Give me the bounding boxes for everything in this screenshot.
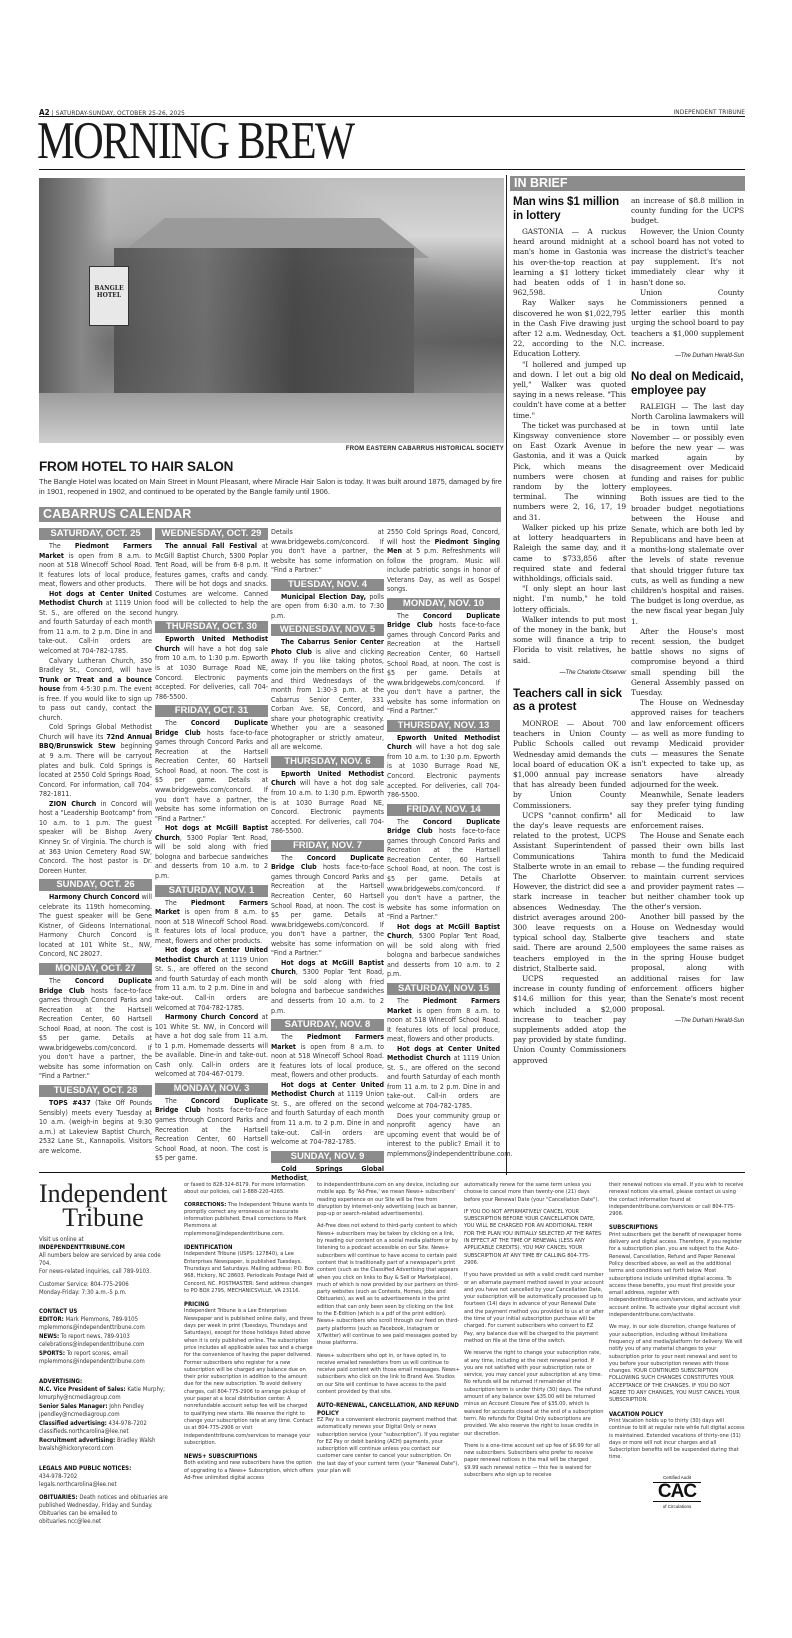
event-details: hosts face-to-face games through Concord… bbox=[155, 1106, 268, 1162]
calendar-event: Epworth United Methodist Church will hav… bbox=[271, 770, 384, 837]
calendar-day-header: MONDAY, NOV. 3 bbox=[155, 1083, 268, 1095]
story-paragraph: "I only slept an hour last night. I'm nu… bbox=[513, 584, 626, 615]
info-paragraph: Print subscribers get the benefit of new… bbox=[609, 1232, 745, 1320]
event-details: beginning at 9 a.m. There will be carryo… bbox=[39, 742, 152, 798]
info-heading: IDENTIFICATION bbox=[184, 1244, 314, 1251]
photo-caption: The Bangle Hotel was located on Main Str… bbox=[39, 477, 504, 497]
photo-headline: FROM HOTEL TO HAIR SALON bbox=[39, 459, 233, 474]
story-paragraph: "I hollered and jumped up and down. I le… bbox=[513, 360, 626, 421]
calendar-event: Epworth United Methodist Church will hav… bbox=[387, 734, 500, 801]
story-source: —The Charlotte Observer bbox=[513, 668, 626, 678]
event-lead: The bbox=[397, 818, 423, 826]
calendar-day-header: FRIDAY, OCT. 31 bbox=[155, 705, 268, 717]
info-label: Recruitment advertising: bbox=[39, 1437, 115, 1444]
story-paragraph: After the House's most recent session, t… bbox=[631, 627, 744, 698]
info-label: CORRECTIONS: bbox=[184, 1202, 226, 1208]
story-headline: Man wins $1 million in lottery bbox=[513, 196, 626, 223]
info-label: OBITUARIES: bbox=[39, 1494, 78, 1501]
footer-rule bbox=[39, 1172, 745, 1173]
event-details: at 1119 Union St. S., are offered on the… bbox=[271, 1090, 384, 1146]
info-label: EDITOR: bbox=[39, 1316, 64, 1323]
event-lead: The bbox=[281, 854, 307, 862]
info-entry: CORRECTIONS: The Independent Tribune wan… bbox=[184, 1202, 314, 1238]
event-name: ZION Church bbox=[49, 800, 96, 808]
calendar-event: Harmony Church Concord will celebrate it… bbox=[39, 893, 152, 960]
calendar-event: Hot dogs at McGill Baptist Church, 5300 … bbox=[271, 959, 384, 1016]
story-paragraph: The House and Senate each passed their o… bbox=[631, 831, 744, 913]
masthead-rule bbox=[39, 169, 745, 170]
event-name: TOPS #437 bbox=[49, 1099, 91, 1107]
story-paragraph: GASTONIA — A ruckus heard around midnigh… bbox=[513, 227, 626, 298]
calendar-day-header: SUNDAY, OCT. 26 bbox=[39, 879, 152, 891]
spacer bbox=[39, 1367, 169, 1372]
story-paragraph: The ticket was purchased at Kingsway con… bbox=[513, 421, 626, 523]
calendar-event: 2550 Cold Springs Road, Concord, will ho… bbox=[387, 528, 500, 595]
info-heading: VACATION POLICY bbox=[609, 1411, 745, 1418]
calendar-day-header: THURSDAY, OCT. 30 bbox=[155, 621, 268, 633]
event-details: at 1119 Union St. S., are offered on the… bbox=[387, 1054, 500, 1110]
info-entry: EDITOR: Mark Plemmons, 789-9105 mplemmon… bbox=[39, 1316, 169, 1332]
story-paragraph: RALEIGH — The last day North Carolina la… bbox=[631, 402, 744, 494]
story-paragraph: Both issues are tied to the broader budg… bbox=[631, 494, 744, 627]
info-heading: LEGALS AND PUBLIC NOTICES: bbox=[39, 1465, 169, 1473]
event-lead: The bbox=[165, 719, 191, 727]
spacer bbox=[39, 1297, 169, 1302]
calendar-event: The Concord Duplicate Bridge Club hosts … bbox=[271, 854, 384, 959]
tribune-logo: IndependentTribune bbox=[39, 1182, 167, 1230]
info-heading: PRICING bbox=[184, 1301, 314, 1308]
info-entry: Recruitment advertising: Bradley Walsh b… bbox=[39, 1437, 169, 1453]
story-paragraph: Meanwhile, Senate leaders say they prefe… bbox=[631, 790, 744, 831]
calendar-event: The Piedmont Farmers Market is open from… bbox=[387, 997, 500, 1045]
event-name: Cold Springs Global Methodist bbox=[271, 1165, 384, 1183]
info-policy-column-2: to independenttribune.com on any device,… bbox=[317, 1182, 460, 1480]
calendar-day-header: FRIDAY, NOV. 7 bbox=[271, 840, 384, 852]
info-heading: SUBSCRIPTIONS bbox=[609, 1224, 745, 1231]
calendar-day-header: MONDAY, NOV. 10 bbox=[387, 598, 500, 610]
info-paragraph: We reserve the right to change your subs… bbox=[464, 1350, 604, 1438]
info-heading: AUTO-RENEWAL, CANCELLATION, AND REFUND P… bbox=[317, 1402, 460, 1417]
cac-audit-logo: Certified Audit CAC of Circulations bbox=[653, 1474, 701, 1511]
story-source: —The Durham Herald-Sun bbox=[631, 1016, 744, 1026]
newspaper-page: A2 | SATURDAY-SUNDAY, OCTOBER 25-26, 202… bbox=[39, 0, 745, 1638]
story-paragraph: Walker picked up his prize at lottery he… bbox=[513, 523, 626, 584]
calendar-event: Hot dogs at Center United Methodist Chur… bbox=[387, 1045, 500, 1112]
info-heading: CONTACT US bbox=[39, 1308, 169, 1316]
story-paragraph: The House on Wednesday approved raises f… bbox=[631, 698, 744, 790]
calendar-day-header: THURSDAY, NOV. 13 bbox=[387, 720, 500, 732]
event-details: Does your community group or nonprofit a… bbox=[387, 1112, 512, 1158]
event-lead: The bbox=[397, 997, 423, 1005]
hotel-sign: BANGLE HOTEL bbox=[89, 266, 129, 326]
calendar-event: Municipal Election Day, polls are open f… bbox=[271, 593, 384, 622]
event-details: , bbox=[307, 1174, 309, 1182]
event-details: at 5 p.m. Refreshments will follow the p… bbox=[387, 547, 500, 593]
calendar-event: The annual Fall Festival at McGill Bapti… bbox=[155, 542, 268, 618]
info-paragraph: News+ subscribers who opt in, or have op… bbox=[317, 1353, 460, 1397]
event-details: hosts face-to-face games through Concord… bbox=[271, 863, 384, 957]
calendar-event: The Cabarrus Senior Center Photo Club is… bbox=[271, 638, 384, 753]
calendar-event: The Concord Duplicate Bridge Club hosts … bbox=[387, 612, 500, 717]
info-text: Visit us online at bbox=[39, 1236, 169, 1244]
calendar-event: Hot dogs at Center United Methodist Chur… bbox=[39, 590, 152, 657]
info-text: Monday-Friday: 7:30 a.m.-5 p.m. bbox=[39, 1289, 169, 1297]
story-paragraph: Ray Walker says he discovered he won $1,… bbox=[513, 298, 626, 359]
info-policy-column-4: their renewal notices via email. If you … bbox=[609, 1182, 745, 1510]
info-text: 434-978-7202 bbox=[39, 1473, 169, 1481]
story-headline: Teachers call in sick as a protest bbox=[513, 688, 626, 715]
event-name: Harmony Church Concord bbox=[49, 893, 140, 901]
info-paragraph: or faxed to 828-324-8179. For more infor… bbox=[184, 1182, 314, 1197]
info-paragraph: Print Vacation holds up to thirty (30) d… bbox=[609, 1418, 745, 1462]
event-name: Harmony Church Concord bbox=[165, 1013, 258, 1021]
story-paragraph: UCPS "cannot confirm" all the day's leav… bbox=[513, 811, 626, 974]
story-paragraph: Union County Commissioners penned a lett… bbox=[631, 288, 744, 349]
info-paragraph: Ad-Free does not extend to third-party c… bbox=[317, 1223, 460, 1347]
info-label: Senior Sales Manager: bbox=[39, 1403, 107, 1410]
info-text: Customer Service: 804-775-2906 bbox=[39, 1281, 169, 1289]
calendar-event: The Concord Duplicate Bridge Club hosts … bbox=[155, 719, 268, 824]
event-details: is alive and clicking away. If you like … bbox=[271, 648, 384, 751]
info-url: INDEPENDENTTRIBUNE.COM bbox=[39, 1244, 169, 1252]
section-title: MORNING BREW bbox=[37, 118, 353, 164]
spacer bbox=[39, 1454, 169, 1459]
info-policy-column-1: or faxed to 828-324-8179. For more infor… bbox=[184, 1182, 314, 1487]
event-details: in Concord will host a "Leadership Bootc… bbox=[39, 800, 152, 875]
info-label: NEWS: bbox=[39, 1333, 59, 1340]
in-brief-column: an increase of $8.8 million in county fu… bbox=[631, 196, 744, 1037]
calendar-day-header: SATURDAY, NOV. 15 bbox=[387, 983, 500, 995]
calendar-column: 2550 Cold Springs Road, Concord, will ho… bbox=[387, 528, 500, 1159]
calendar-event: Does your community group or nonprofit a… bbox=[387, 1112, 500, 1160]
calendar-event: Cold Springs Global Methodist Church wil… bbox=[39, 723, 152, 799]
calendar-event: TOPS #437 (Take Off Pounds Sensibly) mee… bbox=[39, 1099, 152, 1156]
event-details: will celebrate its 119th homecoming. The… bbox=[39, 893, 152, 958]
event-lead: The bbox=[49, 542, 75, 550]
info-paragraph: Independent Tribune (USPS: 127840), a Le… bbox=[184, 1251, 314, 1295]
story-paragraph: MONROE — About 700 teachers in Union Cou… bbox=[513, 719, 626, 811]
story-paragraph: Walker intends to put most of the money … bbox=[513, 615, 626, 666]
calendar-event: Harmony Church Concord at 101 White St. … bbox=[155, 1013, 268, 1080]
info-entry: NEWS: To report news, 789-9103 celebrati… bbox=[39, 1333, 169, 1349]
event-details: at McGill Baptist Church, 5300 Poplar Te… bbox=[155, 542, 268, 617]
event-details: will have a hot dog sale from 10 a.m. to… bbox=[271, 779, 384, 835]
info-paragraph: We may, in our sole discretion, change f… bbox=[609, 1324, 745, 1404]
calendar-event: Hot dogs at Center United Methodist Chur… bbox=[271, 1081, 384, 1148]
calendar-event: Epworth United Methodist Church will hav… bbox=[155, 635, 268, 702]
calendar-day-header: THURSDAY, NOV. 6 bbox=[271, 756, 384, 768]
event-details: Details at www.bridgewebs.com/concord. I… bbox=[271, 528, 384, 574]
story-paragraph: Another bill passed by the House on Wedn… bbox=[631, 912, 744, 1014]
calendar-day-header: SATURDAY, OCT. 25 bbox=[39, 528, 152, 540]
info-entry: Senior Sales Manager: John Pendley jpend… bbox=[39, 1403, 169, 1419]
info-entry: OBITUARIES: Death notices and obituaries… bbox=[39, 1494, 169, 1526]
calendar-day-header: WEDNESDAY, NOV. 5 bbox=[271, 624, 384, 636]
calendar-day-header: SATURDAY, NOV. 1 bbox=[155, 885, 268, 897]
event-lead: The bbox=[397, 612, 423, 620]
calendar-event: ZION Church in Concord will host a "Lead… bbox=[39, 800, 152, 876]
event-lead: Calvary Lutheran Church, 350 Bradley St.… bbox=[39, 657, 152, 675]
event-details: hosts face-to-face games through Concord… bbox=[155, 729, 268, 823]
info-heading: ADVERTISING: bbox=[39, 1378, 169, 1386]
calendar-event: Hot dogs at Center United Methodist Chur… bbox=[155, 946, 268, 1013]
calendar-event: The Concord Duplicate Bridge Club hosts … bbox=[39, 977, 152, 1082]
event-lead: The bbox=[49, 977, 75, 985]
event-name: The annual Fall Festival bbox=[165, 542, 257, 550]
column-rule bbox=[506, 175, 507, 1175]
calendar-column: Details at www.bridgewebs.com/concord. I… bbox=[271, 528, 384, 1184]
calendar-event: The Concord Duplicate Bridge Club hosts … bbox=[155, 1097, 268, 1164]
photo-credit: FROM EASTERN CABARRUS HISTORICAL SOCIETY bbox=[39, 446, 504, 452]
event-lead: The bbox=[165, 1097, 191, 1105]
story-paragraph: UCPS requested an increase in county fun… bbox=[513, 974, 626, 1066]
info-policy-column-3: automatically renew for the same term un… bbox=[464, 1182, 604, 1484]
story-paragraph: an increase of $8.8 million in county fu… bbox=[631, 196, 744, 227]
event-details: at 1119 Union St. S., are offered on the… bbox=[155, 956, 268, 1012]
event-details: hosts face-to-face games through Concord… bbox=[387, 621, 500, 715]
calendar-event: Cold Springs Global Methodist, bbox=[271, 1165, 384, 1184]
info-paragraph: If you have provided us with a valid cre… bbox=[464, 1272, 604, 1345]
info-text: All numbers below are serviced by area c… bbox=[39, 1252, 169, 1268]
event-details: will have a hot dog sale from 10 a.m. to… bbox=[155, 645, 268, 701]
info-entry: SPORTS: To report scores, email mplemmon… bbox=[39, 1350, 169, 1366]
calendar-event: Hot dogs at McGill Baptist Church, 5300 … bbox=[387, 923, 500, 980]
calendar-event: The Piedmont Farmers Market is open from… bbox=[271, 1033, 384, 1081]
info-entry: Classified advertising: 434-978-7202 cla… bbox=[39, 1420, 169, 1436]
info-paragraph: automatically renew for the same term un… bbox=[464, 1182, 604, 1204]
info-paragraph: Both existing and new subscribers have t… bbox=[184, 1460, 314, 1482]
story-paragraph: However, the Union County school board h… bbox=[631, 227, 744, 288]
calendar-event: The Piedmont Farmers Market is open from… bbox=[155, 899, 268, 947]
info-paragraph: to independenttribune.com on any device,… bbox=[317, 1182, 460, 1218]
story-headline: No deal on Medicaid, employee pay bbox=[631, 371, 744, 398]
event-details: hosts face-to-face games through Concord… bbox=[387, 827, 500, 921]
event-lead: The bbox=[281, 1033, 307, 1041]
info-heading: NEWS+ SUBSCRIPTIONS bbox=[184, 1453, 314, 1460]
info-contact-column: IndependentTribune Visit us online atIND… bbox=[39, 1182, 169, 1527]
info-entry: N.C. Vice President of Sales: Katie Murp… bbox=[39, 1386, 169, 1402]
event-details: at 1119 Union St. S., are offered on the… bbox=[39, 599, 152, 655]
in-brief-header: IN BRIEF bbox=[510, 176, 745, 191]
calendar-day-header: TUESDAY, OCT. 28 bbox=[39, 1085, 152, 1097]
in-brief-column: Man wins $1 million in lotteryGASTONIA —… bbox=[513, 196, 626, 1066]
calendar-column: WEDNESDAY, OCT. 29The annual Fall Festiv… bbox=[155, 528, 268, 1164]
calendar-day-header: MONDAY, OCT. 27 bbox=[39, 963, 152, 975]
event-details: will have a hot dog sale from 10 a.m. to… bbox=[387, 743, 500, 799]
calendar-event: Hot dogs at McGill Baptist Church, 5300 … bbox=[155, 824, 268, 881]
calendar-day-header: WEDNESDAY, OCT. 29 bbox=[155, 528, 268, 540]
info-text: legals.northcarolina@lee.net bbox=[39, 1481, 169, 1489]
calendar-day-header: TUESDAY, NOV. 4 bbox=[271, 579, 384, 591]
calendar-event: The Concord Duplicate Bridge Club hosts … bbox=[387, 818, 500, 923]
info-paragraph: There is a one-time account set up fee o… bbox=[464, 1443, 604, 1479]
historic-hotel-photo: BANGLE HOTEL bbox=[39, 178, 504, 443]
info-text: For news-related inquiries, call 789-910… bbox=[39, 1268, 169, 1276]
calendar-event: Calvary Lutheran Church, 350 Bradley St.… bbox=[39, 657, 152, 724]
info-paragraph: Independent Tribune is a Lee Enterprises… bbox=[184, 1308, 314, 1447]
info-paragraph: EZ Pay is a convenient electronic paymen… bbox=[317, 1417, 460, 1475]
calendar-event: Details at www.bridgewebs.com/concord. I… bbox=[271, 528, 384, 576]
event-details: at 101 White St. NW, in Concord will hav… bbox=[155, 1013, 268, 1078]
info-paragraph: IF YOU DO NOT AFFIRMATIVELY CANCEL YOUR … bbox=[464, 1209, 604, 1267]
story-source: —The Durham Herald-Sun bbox=[631, 351, 744, 361]
event-lead: The bbox=[165, 899, 191, 907]
info-label: SPORTS: bbox=[39, 1350, 65, 1357]
info-paragraph: their renewal notices via email. If you … bbox=[609, 1182, 745, 1218]
calendar-column: SATURDAY, OCT. 25The Piedmont Farmers Ma… bbox=[39, 528, 152, 1156]
info-label: Classified advertising: bbox=[39, 1420, 107, 1427]
calendar-day-header: SUNDAY, NOV. 9 bbox=[271, 1151, 384, 1163]
calendar-event: The Piedmont Farmers Market is open from… bbox=[39, 542, 152, 590]
calendar-day-header: FRIDAY, NOV. 14 bbox=[387, 804, 500, 816]
event-details: hosts face-to-face games through Concord… bbox=[39, 987, 152, 1081]
event-details: (Take Off Pounds Sensibly) meets every T… bbox=[39, 1099, 152, 1155]
calendar-day-header: SATURDAY, NOV. 8 bbox=[271, 1019, 384, 1031]
info-label: N.C. Vice President of Sales: bbox=[39, 1386, 126, 1393]
calendar-header: CABARRUS CALENDAR bbox=[39, 507, 501, 522]
event-name: Municipal Election Day, bbox=[281, 593, 366, 601]
